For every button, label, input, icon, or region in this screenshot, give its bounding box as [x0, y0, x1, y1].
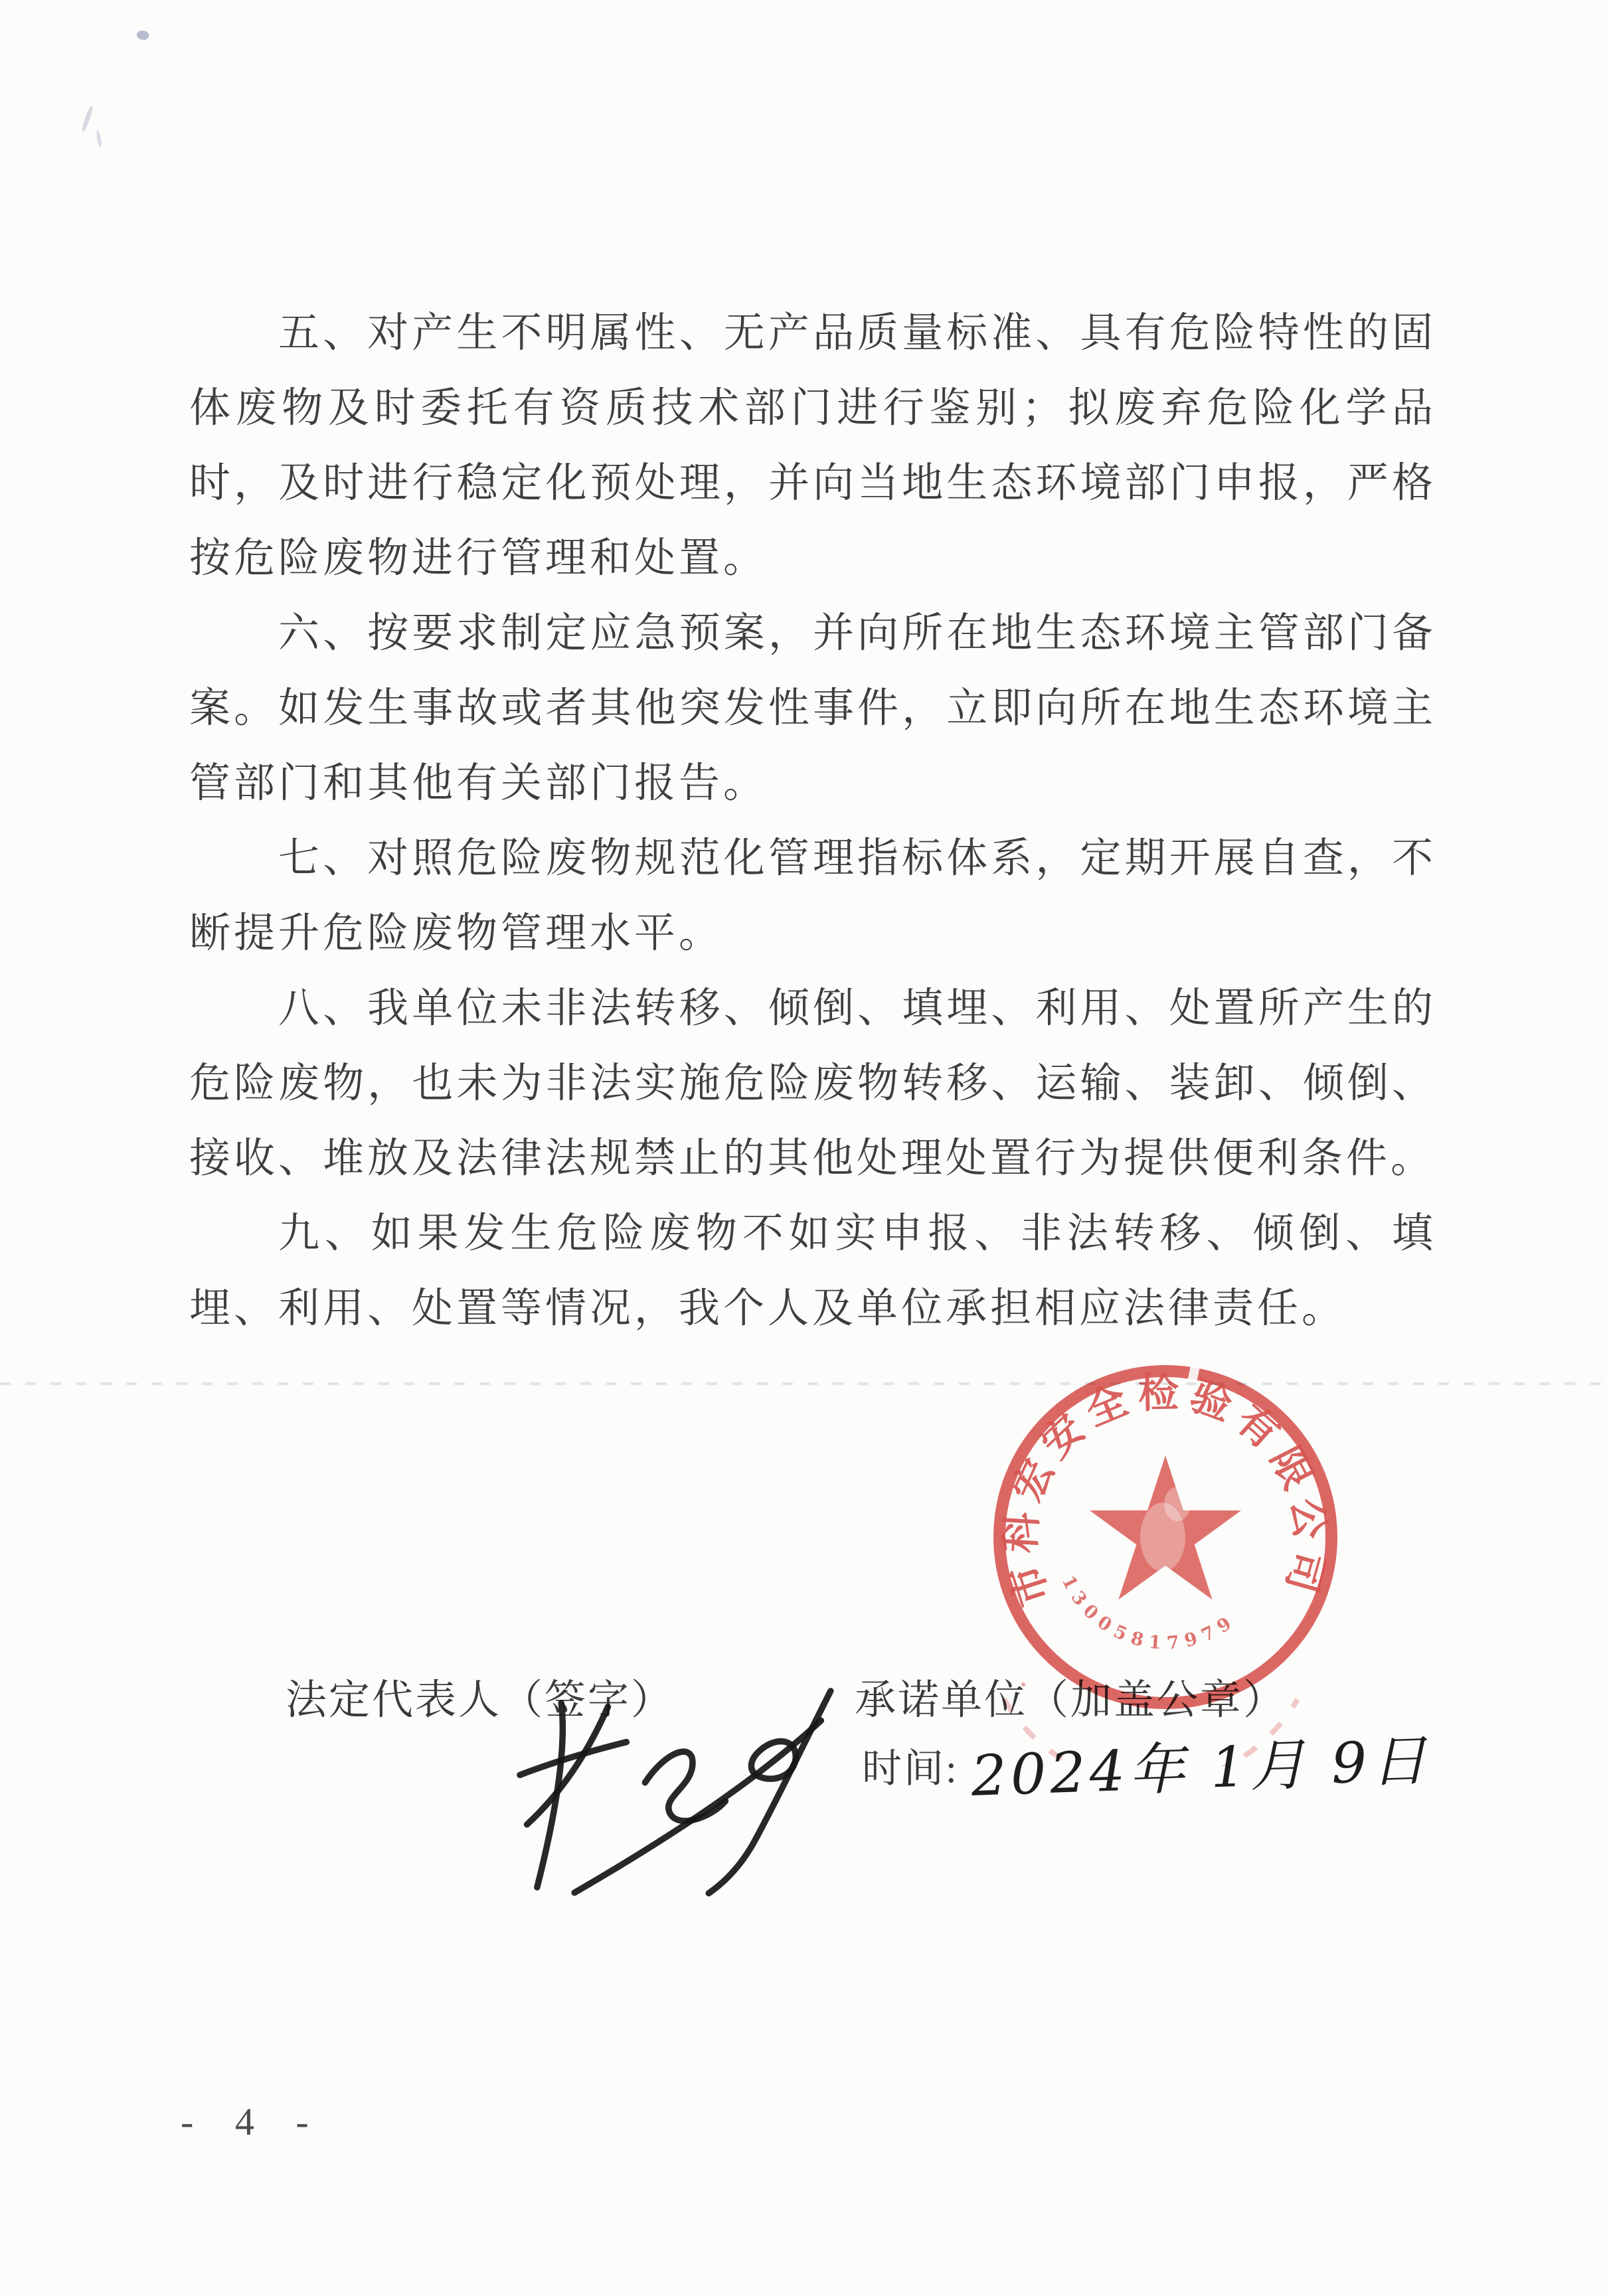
ink-speck: [95, 130, 102, 148]
signature-stroke: [644, 1750, 726, 1822]
paragraph-9: 九、如果发生危险废物不如实申报、非法转移、倾倒、填埋、利用、处置等情况，我个人及…: [189, 1196, 1436, 1347]
paragraph-6: 六、按要求制定应急预案，并向所在地生态环境主管部门备案。如发生事故或者其他突发性…: [189, 596, 1436, 821]
stamp-ink-speck: [1021, 1682, 1025, 1686]
stamp-star-wear: [1164, 1487, 1191, 1521]
page-number: - 4 -: [181, 2099, 325, 2144]
scanned-document-page: { "document": { "paragraphs": [ { "text"…: [0, 0, 1607, 2296]
time-label: 时间:: [862, 1724, 959, 1794]
stamp-ink-speck: [1310, 1457, 1313, 1460]
scan-artifact-line: [0, 1382, 1607, 1385]
stamp-ink-speck: [1085, 1390, 1090, 1395]
paragraph-7: 七、对照危险废物规范化管理指标体系，定期开展自查，不断提升危险废物管理水平。: [189, 821, 1436, 971]
stamp-ghost-arc: [1004, 1700, 1298, 1767]
signature-stroke: [531, 1703, 568, 1887]
paragraph-8: 八、我单位未非法转移、倾倒、填埋、利用、处置所产生的危险废物，也未为非法实施危险…: [189, 971, 1436, 1196]
ink-speck: [81, 105, 94, 133]
paragraph-5: 五、对产生不明属性、无产品质量标准、具有危险特性的固体废物及时委托有资质技术部门…: [189, 296, 1436, 596]
handwritten-signature: [487, 1663, 868, 1922]
company-seal-stamp: 市科宏安全检验有限公司 13005817979: [966, 1338, 1365, 1766]
ink-speck: [135, 29, 150, 41]
stamp-serial-number: 13005817979: [1047, 1568, 1244, 1673]
document-body: 五、对产生不明属性、无产品质量标准、具有危险特性的固体废物及时委托有资质技术部门…: [189, 296, 1436, 1347]
